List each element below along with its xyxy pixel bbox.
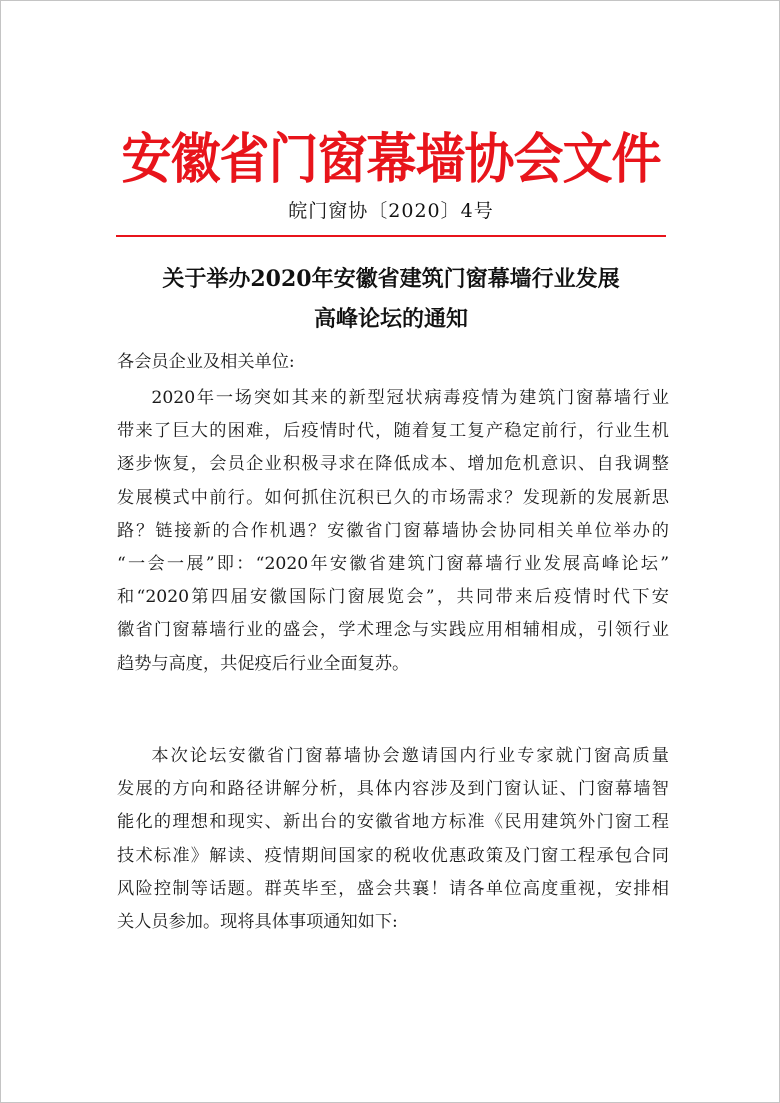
paragraph-line: “一会一展”即：“2020年安徽省建筑门窗幕墙行业发展高峰论坛” [117, 548, 669, 581]
paragraph-line: 和“2020第四届安徽国际门窗展览会”，共同带来后疫情时代下安 [117, 581, 669, 614]
paragraph-line: 路？链接新的合作机遇？安徽省门窗幕墙协会协同相关单位举办的 [117, 515, 669, 548]
paragraph-line: 2020年一场突如其来的新型冠状病毒疫情为建筑门窗幕墙行业 [117, 382, 669, 415]
paragraph-line: 关人员参加。现将具体事项通知如下: [117, 906, 669, 939]
paragraph-line: 本次论坛安徽省门窗幕墙协会邀请国内行业专家就门窗高质量 [117, 740, 669, 773]
paragraph-line: 风险控制等话题。群英毕至，盛会共襄！请各单位高度重视，安排相 [117, 873, 669, 906]
document-number: 皖门窗协〔2020〕4号 [1, 199, 780, 223]
paragraph-line: 发展的方向和路径讲解分析，具体内容涉及到门窗认证、门窗幕墙智 [117, 773, 669, 806]
paragraph-2: 本次论坛安徽省门窗幕墙协会邀请国内行业专家就门窗高质量 发展的方向和路径讲解分析… [117, 740, 669, 939]
red-divider-rule [116, 235, 666, 237]
organization-title: 安徽省门窗幕墙协会文件 [1, 127, 780, 192]
notice-title: 关于举办2020年安徽省建筑门窗幕墙行业发展 高峰论坛的通知 [1, 259, 780, 339]
paragraph-line: 逐步恢复，会员企业积极寻求在降低成本、增加危机意识、自我调整 [117, 448, 669, 481]
paragraph-line: 带来了巨大的困难，后疫情时代，随着复工复产稳定前行，行业生机 [117, 415, 669, 448]
salutation: 各会员企业及相关单位: [117, 346, 669, 379]
notice-title-line-2: 高峰论坛的通知 [1, 299, 780, 339]
paragraph-line: 趋势与高度，共促疫后行业全面复苏。 [117, 648, 669, 681]
paragraph-line: 能化的理想和现实、新出台的安徽省地方标准《民用建筑外门窗工程 [117, 806, 669, 839]
document-page: 安徽省门窗幕墙协会文件 皖门窗协〔2020〕4号 关于举办2020年安徽省建筑门… [0, 0, 780, 1103]
paragraph-line: 发展模式中前行。如何抓住沉积已久的市场需求？发现新的发展新思 [117, 482, 669, 515]
paragraph-line: 徽省门窗幕墙行业的盛会，学术理念与实践应用相辅相成，引领行业 [117, 614, 669, 647]
notice-title-line-1: 关于举办2020年安徽省建筑门窗幕墙行业发展 [1, 259, 780, 299]
paragraph-line: 技术标准》解读、疫情期间国家的税收优惠政策及门窗工程承包合同 [117, 840, 669, 873]
paragraph-1: 2020年一场突如其来的新型冠状病毒疫情为建筑门窗幕墙行业 带来了巨大的困难，后… [117, 382, 669, 681]
